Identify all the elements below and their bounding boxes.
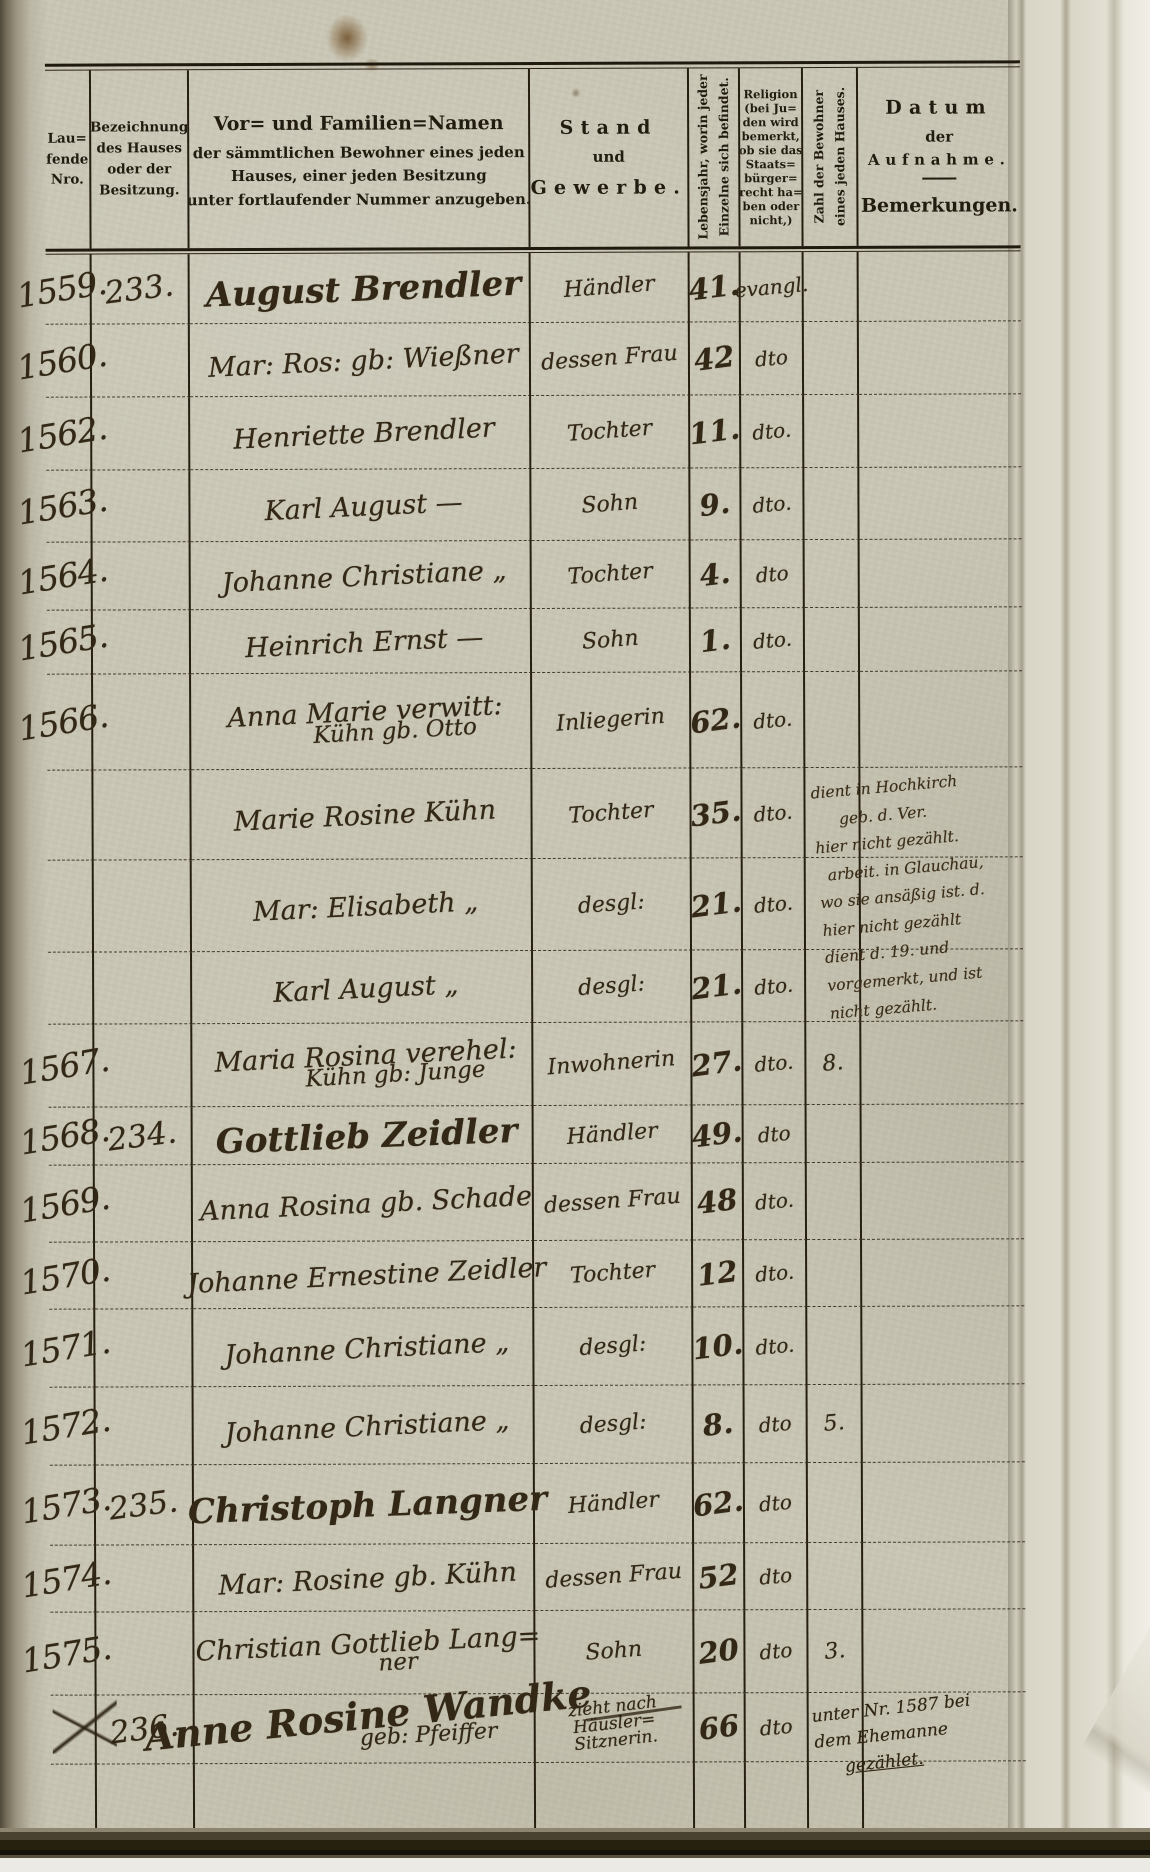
occupation: Sohn <box>581 491 639 517</box>
age-value: 21. <box>689 966 743 1006</box>
header-line: nicht,) <box>750 213 793 227</box>
religion-value: dto <box>754 345 789 372</box>
religion-value: dto <box>758 1410 793 1437</box>
resident-name: Henriette Brendler <box>232 416 495 454</box>
cell-laufende-nro: 1572. <box>50 1388 96 1466</box>
age-value: 62. <box>689 700 743 740</box>
occupation: desgl: <box>577 973 645 1000</box>
inhabitant-count: 5. <box>823 1410 846 1437</box>
age-value: 42 <box>692 339 736 378</box>
table-row: 1565. Heinrich Ernst — Sohn 1. dto. <box>47 607 1022 674</box>
occupation: desgl: <box>579 1411 647 1438</box>
table-row: 1568. 234. Gottlieb Zeidler Händler 49. … <box>49 1104 1024 1165</box>
religion-value: dto. <box>753 890 794 917</box>
resident-name-line2: Kühn gb. Otto <box>312 717 477 747</box>
cell-bemerkung <box>860 607 1022 672</box>
ink-stain <box>326 14 368 62</box>
religion-value: evangl. <box>734 271 809 302</box>
cell-haus-nr <box>96 1612 194 1695</box>
cell-zahl <box>804 252 859 322</box>
cell-bemerkung <box>863 1462 1025 1543</box>
table-row: 1564. Johanne Christiane „ Tochter 4. dt… <box>47 539 1022 610</box>
table-row: 1566. Anna Marie verwitt:Kühn gb. Otto I… <box>47 671 1022 770</box>
resident-name: Mar: Elisabeth „ <box>252 889 478 925</box>
cell-lebensjahr: 66 <box>695 1693 746 1762</box>
cell-zahl <box>805 672 860 768</box>
cell-lebensjahr: 21. <box>692 858 743 950</box>
religion-value: dto. <box>752 706 793 733</box>
cell-name: Johanne Christiane „ <box>194 1386 535 1465</box>
header-line: ben oder <box>742 199 799 213</box>
cell-haus-nr <box>95 1242 193 1309</box>
cell-name: Anne Rosine Wandkegeb: Pfeiffer <box>195 1694 536 1764</box>
cell-stand-gewerbe: Sohn <box>532 608 691 673</box>
cell-bemerkung <box>860 539 1022 608</box>
cell-name: Mar: Rosine gb. Kühn <box>194 1544 535 1612</box>
header-line: oder der <box>107 159 171 180</box>
cell-religion: dto. <box>743 950 806 1022</box>
age-value: 52 <box>697 1557 741 1596</box>
cell-bemerkung <box>863 1609 1025 1693</box>
cell-laufende-nro: 1574. <box>50 1546 96 1613</box>
resident-name: Heinrich Ernst — <box>245 625 484 662</box>
cell-name: Anna Rosina gb. Schade <box>193 1164 534 1242</box>
cell-stand-gewerbe: Händler <box>535 1463 694 1544</box>
cell-name: Johanne Christiane „ <box>191 541 532 610</box>
cell-religion: dto <box>746 1693 809 1762</box>
age-value: 10. <box>691 1326 745 1366</box>
cell-stand-gewerbe: desgl: <box>534 1307 693 1386</box>
cell-stand-gewerbe: Tochter <box>532 768 691 859</box>
cell-name: Karl August „ <box>192 951 533 1024</box>
cell-laufende-nro: 1568. <box>49 1108 95 1166</box>
cell-laufende-nro: 1575. <box>50 1613 96 1696</box>
occupation: desgl: <box>577 891 645 918</box>
cell-stand-gewerbe: Sohn <box>531 468 690 541</box>
cell-bemerkung <box>862 1162 1024 1240</box>
cell-stand-gewerbe: Inwohnerin <box>533 1022 692 1106</box>
cell-religion: dto <box>745 1543 808 1610</box>
cell-name: Henriette Brendler <box>190 396 531 470</box>
cell-name: Marie Rosine Kühn <box>191 769 532 860</box>
occupation: Händler <box>563 273 656 302</box>
cell-stand-gewerbe: desgl: <box>533 950 692 1023</box>
cell-zahl <box>807 1105 862 1163</box>
cell-stand-gewerbe: dessen Frau <box>534 1163 693 1241</box>
resident-name: Gottlieb Zeidler <box>215 1115 518 1159</box>
cell-name: Johanne Ernestine Zeidler <box>193 1241 534 1309</box>
occupation: dessen Frau <box>545 1561 683 1593</box>
cell-stand-gewerbe: desgl: <box>535 1385 694 1464</box>
table-row: 1570. Johanne Ernestine Zeidler Tochter … <box>49 1239 1024 1309</box>
cell-lebensjahr: 8. <box>694 1385 745 1463</box>
resident-name: Johanne Ernestine Zeidler <box>187 1255 547 1298</box>
cell-stand-gewerbe <box>536 1762 695 1831</box>
header-line: der <box>925 125 953 148</box>
occupation: Sohn <box>581 627 639 653</box>
header-line: Gewerbe. <box>531 169 688 206</box>
table-row: 1562. Henriette Brendler Tochter 11. dto… <box>46 394 1021 470</box>
cell-haus-nr <box>96 1545 194 1612</box>
header-col-haus-bezeichnung: Bezeichnung des Hauses oder der Besitzun… <box>91 70 190 248</box>
cell-lebensjahr: 48 <box>693 1163 744 1240</box>
occupation: Inliegerin <box>556 705 666 735</box>
header-col-laufende-nro: Lau= fende Nro. <box>45 71 92 249</box>
age-value: 27. <box>690 1043 744 1083</box>
header-line: Religion <box>743 87 797 101</box>
cell-haus-nr <box>93 674 191 770</box>
religion-value: dto. <box>754 1259 795 1286</box>
cell-name: Mar: Ros: gb: Wießner <box>190 323 531 397</box>
cell-religion: dto <box>745 1385 808 1463</box>
religion-value: dto. <box>754 1187 795 1214</box>
cell-stand-gewerbe: Händler <box>534 1105 693 1164</box>
occupation: dessen Frau <box>543 1186 681 1218</box>
occupation: Händler <box>567 1489 660 1518</box>
cell-laufende-nro: 1570. <box>49 1243 95 1310</box>
age-value: 20 <box>697 1632 741 1671</box>
cell-zahl <box>808 1463 863 1543</box>
header-line: fende <box>46 149 88 170</box>
resident-name: Johanne Christiane „ <box>224 1408 510 1447</box>
header-line: Vor= und Familien=Namen <box>214 105 504 142</box>
header-col-stand-gewerbe: Stand und Gewerbe. <box>530 68 690 247</box>
header-line: Aufnahme. <box>868 148 1011 172</box>
cell-name <box>195 1763 536 1832</box>
cell-bemerkung <box>859 467 1021 540</box>
cell-religion: dto. <box>742 768 805 858</box>
resident-name: Johanne Christiane „ <box>224 1330 510 1369</box>
cell-stand-gewerbe: Tochter <box>532 540 691 609</box>
occupation: dessen Frau <box>540 343 678 375</box>
header-line: Lebensjahr, worin jeder <box>694 75 713 240</box>
table-row: 1560. Mar: Ros: gb: Wießner dessen Frau … <box>46 321 1021 397</box>
cell-lebensjahr: 27. <box>692 1022 743 1105</box>
cell-name: August Brendler <box>190 253 531 324</box>
cell-laufende-nro: 1569. <box>49 1166 95 1243</box>
religion-value: dto. <box>753 799 794 826</box>
table-row: 1559. 233. August Brendler Händler 41. e… <box>46 251 1021 324</box>
cell-lebensjahr: 62. <box>694 1463 745 1543</box>
cell-stand-gewerbe: desgl: <box>533 858 692 951</box>
occupation: Inwohnerin <box>547 1048 676 1079</box>
occupation: Tochter <box>566 418 652 446</box>
cell-lebensjahr: 52 <box>694 1543 745 1610</box>
cell-laufende-nro <box>51 1765 97 1833</box>
cell-lebensjahr: 20 <box>694 1610 745 1693</box>
scanned-register-page: Lau= fende Nro. Bezeichnung des Hauses o… <box>0 0 1150 1872</box>
table-row: 1567. Maria Rosina verehel:Kühn gb: Jung… <box>48 1021 1023 1107</box>
cell-laufende-nro: 1566. <box>47 675 93 771</box>
header-line: Hauses, einer jeden Besitzung <box>231 165 487 189</box>
resident-name: Mar: Ros: gb: Wießner <box>208 341 520 381</box>
religion-value: dto. <box>754 1332 795 1359</box>
header-line: Datum <box>885 89 993 125</box>
cell-lebensjahr <box>695 1762 746 1830</box>
table-row: 1572. Johanne Christiane „ desgl: 8. dto… <box>50 1384 1025 1465</box>
cell-laufende-nro: 1571. <box>49 1310 95 1388</box>
header-col-namen: Vor= und Familien=Namen der sämmtlichen … <box>189 69 531 248</box>
cell-laufende-nro <box>51 1696 97 1765</box>
age-value: 35. <box>689 793 743 833</box>
cell-name: Heinrich Ernst — <box>191 609 532 674</box>
cell-religion: dto. <box>744 1240 807 1307</box>
header-line: Stand <box>560 110 658 146</box>
cell-laufende-nro: 1564. <box>47 543 93 611</box>
inhabitant-count: 3. <box>823 1638 846 1665</box>
religion-value: dto. <box>753 1049 794 1076</box>
cell-name: Anna Marie verwitt:Kühn gb. Otto <box>191 673 532 770</box>
cell-zahl <box>805 540 860 608</box>
cell-name: Johanne Christiane „ <box>193 1308 534 1387</box>
header-line: Nro. <box>51 170 84 191</box>
religion-value: dto. <box>752 626 793 653</box>
header-line: recht ha= <box>740 185 803 199</box>
cell-name: Mar: Elisabeth „ <box>192 859 533 952</box>
cell-name: Karl August — <box>190 469 531 542</box>
cell-stand-gewerbe: Inliegerin <box>532 672 691 769</box>
resident-name: Karl August — <box>264 490 463 525</box>
cell-laufende-nro: 1559. <box>46 255 92 325</box>
cell-lebensjahr: 41. <box>690 252 741 322</box>
occupation: Sohn <box>585 1639 643 1665</box>
header-col-zahl-bewohner: Zahl der Bewohner eines jeden Hauses. <box>803 68 859 246</box>
occupation: Tochter <box>568 799 654 827</box>
cell-name: Maria Rosina verehel:Kühn gb: Junge <box>192 1023 533 1107</box>
cell-lebensjahr: 11. <box>690 395 741 468</box>
cell-laufende-nro: 1560. <box>46 325 92 398</box>
cell-religion: dto <box>742 540 805 608</box>
cell-zahl <box>807 1240 862 1307</box>
cell-religion: dto <box>741 322 804 395</box>
cell-haus-nr <box>94 1024 192 1107</box>
religion-value: dto <box>758 1563 793 1590</box>
cell-lebensjahr: 9. <box>690 468 741 540</box>
table-row: 1574. Mar: Rosine gb. Kühn dessen Frau 5… <box>50 1542 1025 1612</box>
cell-religion <box>746 1762 809 1830</box>
table-header: Lau= fende Nro. Bezeichnung des Hauses o… <box>45 67 1021 248</box>
cell-laufende-nro <box>48 861 94 953</box>
cell-laufende-nro: 1563. <box>46 471 92 543</box>
cell-zahl <box>805 608 860 672</box>
occupation: Tochter <box>569 1260 655 1288</box>
cell-laufende-nro: 1567. <box>48 1025 94 1108</box>
cell-haus-nr <box>94 860 192 952</box>
cell-zahl: 5. <box>808 1385 863 1463</box>
cell-zahl <box>804 395 859 468</box>
religion-value: dto <box>755 560 790 587</box>
age-value: 9. <box>698 485 732 523</box>
cell-religion: dto <box>744 1105 807 1163</box>
cell-haus-nr <box>94 952 192 1024</box>
resident-name: August Brendler <box>205 268 522 312</box>
cell-bemerkung <box>862 1239 1024 1307</box>
resident-name: Christoph Langner <box>187 1483 547 1529</box>
header-line: Staats= <box>746 157 796 171</box>
cell-lebensjahr: 62. <box>691 672 742 768</box>
cell-zahl <box>804 468 859 540</box>
cell-haus-nr: 233. <box>92 254 190 324</box>
cell-bemerkung <box>862 1104 1024 1163</box>
religion-value: dto <box>758 1489 793 1516</box>
cell-name: Gottlieb Zeidler <box>193 1106 534 1165</box>
resident-name-line2: ner <box>378 1652 419 1675</box>
cell-lebensjahr: 4. <box>691 540 742 608</box>
cell-zahl <box>807 1163 862 1240</box>
header-line: Bemerkungen. <box>861 188 1018 225</box>
header-line: Lau= <box>47 128 86 149</box>
cell-religion: dto. <box>741 468 804 540</box>
cell-haus-nr <box>95 1165 193 1242</box>
cell-bemerkung <box>860 671 1022 768</box>
cell-religion: dto. <box>744 1307 807 1385</box>
cell-zahl: 3. <box>808 1610 863 1693</box>
cell-bemerkung <box>861 1021 1023 1105</box>
cell-bemerkung <box>863 1384 1025 1463</box>
header-line: Bezeichnung <box>91 117 188 138</box>
cell-bemerkung <box>859 394 1021 468</box>
header-line: den wird <box>743 115 799 129</box>
header-line: (bei Ju= <box>744 101 797 115</box>
cell-religion: dto. <box>744 1163 807 1240</box>
age-value: 21. <box>689 884 743 924</box>
cell-lebensjahr: 1. <box>691 608 742 672</box>
resident-name: Karl August „ <box>273 972 459 1006</box>
page-edge-bottom <box>0 1828 1150 1872</box>
header-divider-dash <box>922 178 956 180</box>
cell-religion: dto. <box>741 395 804 468</box>
occupation: desgl: <box>579 1333 647 1360</box>
cell-religion: evangl. <box>741 252 804 322</box>
cell-zahl: 8. <box>806 1022 861 1105</box>
cell-religion: dto. <box>743 1022 806 1105</box>
header-line: (unter fortlaufender Nummer anzugeben.) <box>189 188 531 213</box>
house-number: 234. <box>106 1114 179 1158</box>
header-col-datum-bemerkungen: Datum der Aufnahme. Bemerkungen. <box>858 67 1021 246</box>
header-line: eines jeden Hauses. <box>831 87 850 226</box>
religion-value: dto <box>757 1120 792 1147</box>
age-value: 66 <box>697 1708 741 1747</box>
age-value: 48 <box>695 1182 739 1221</box>
header-line: der sämmtlichen Bewohner eines jeden <box>193 141 525 165</box>
cell-laufende-nro <box>48 953 94 1025</box>
resident-name: Marie Rosine Kühn <box>233 797 497 835</box>
marginal-note: dient in Hochkirch geb. d. Ver. hier nic… <box>810 764 1021 1028</box>
religion-value: dto <box>759 1714 794 1741</box>
religion-value: dto. <box>753 972 794 999</box>
cell-laufende-nro: 1573. <box>50 1466 96 1546</box>
table-row: 1573. 235. Christoph Langner Händler 62.… <box>50 1462 1025 1545</box>
header-line: bürger= <box>744 171 798 185</box>
age-value: 4. <box>698 555 732 593</box>
age-value: 12 <box>695 1254 739 1293</box>
header-line: Einzelne sich befindet. <box>714 78 733 237</box>
resident-name-line2: Kühn gb: Junge <box>305 1060 486 1091</box>
cell-stand-gewerbe: dessen Frau <box>535 1543 694 1611</box>
cell-bemerkung <box>859 251 1021 322</box>
cell-lebensjahr: 12 <box>693 1240 744 1307</box>
cell-religion: dto <box>745 1610 808 1693</box>
cell-haus-nr <box>93 542 191 610</box>
cell-haus-nr <box>92 324 190 397</box>
cell-haus-nr <box>96 1387 194 1465</box>
header-line: Zahl der Bewohner <box>810 90 829 223</box>
resident-name: Johanne Christiane „ <box>221 558 507 597</box>
cell-haus-nr <box>95 1309 193 1387</box>
age-value: 62. <box>691 1483 745 1523</box>
cell-name: Christoph Langner <box>194 1464 535 1545</box>
cell-haus-nr: 234. <box>95 1107 193 1165</box>
cell-lebensjahr: 49. <box>693 1105 744 1163</box>
age-value: 41. <box>687 267 741 307</box>
occupation: Tochter <box>567 560 653 588</box>
age-value: 8. <box>701 1405 735 1443</box>
header-col-lebensjahr: Lebensjahr, worin jeder Einzelne sich be… <box>689 68 741 246</box>
occupation: Händler <box>566 1120 659 1149</box>
house-number: 235. <box>107 1483 180 1527</box>
cell-zahl <box>804 322 859 395</box>
cell-bemerkung <box>862 1306 1024 1385</box>
cell-stand-gewerbe: Tochter <box>531 395 690 469</box>
cell-lebensjahr: 21. <box>692 950 743 1022</box>
cell-laufende-nro: 1562. <box>46 398 92 471</box>
table-body: 1559. 233. August Brendler Händler 41. e… <box>46 251 1027 1832</box>
religion-value: dto. <box>751 490 792 517</box>
age-value: 49. <box>690 1114 744 1154</box>
cell-haus-nr: 235. <box>96 1465 194 1545</box>
header-line: bemerkt, <box>742 129 800 143</box>
cell-lebensjahr: 35. <box>691 768 742 858</box>
vertical-text-wrap: Zahl der Bewohner eines jeden Hauses. <box>810 73 850 241</box>
cell-zahl <box>808 1543 863 1610</box>
resident-name: Christian Gottlieb Lang= <box>195 1623 541 1665</box>
cell-religion: dto. <box>742 608 805 672</box>
cell-laufende-nro <box>47 771 93 861</box>
cell-haus-nr <box>97 1764 195 1832</box>
age-value: 11. <box>688 411 742 451</box>
cell-stand-gewerbe: Händler <box>531 252 690 323</box>
cell-religion: dto <box>745 1463 808 1543</box>
cell-laufende-nro: 1565. <box>47 611 93 675</box>
inhabitant-count: 8. <box>821 1050 844 1077</box>
cell-lebensjahr: 42 <box>690 322 741 395</box>
table-row: 1571. Johanne Christiane „ desgl: 10. dt… <box>49 1306 1024 1387</box>
cell-religion: dto. <box>742 672 805 768</box>
vertical-text-wrap: Lebensjahr, worin jeder Einzelne sich be… <box>694 73 734 241</box>
religion-value: dto. <box>751 417 792 444</box>
resident-name: Anna Rosina gb. Schade <box>200 1184 533 1225</box>
header-line: und <box>593 146 625 169</box>
cell-stand-gewerbe: Tochter <box>534 1240 693 1308</box>
cell-haus-nr <box>93 610 191 674</box>
page-edge-right <box>1008 0 1150 1852</box>
resident-name: Mar: Rosine gb. Kühn <box>218 1560 518 1600</box>
cell-haus-nr <box>93 770 191 860</box>
header-line: Besitzung. <box>99 180 179 201</box>
table-row: 1563. Karl August — Sohn 9. dto. <box>46 467 1021 542</box>
cell-religion: dto. <box>743 858 806 950</box>
table-row: 1569. Anna Rosina gb. Schade dessen Frau… <box>49 1162 1024 1242</box>
cell-haus-nr <box>92 397 190 470</box>
cell-lebensjahr: 10. <box>693 1307 744 1385</box>
age-value: 1. <box>698 621 732 659</box>
house-number: 233. <box>103 267 176 311</box>
cell-bemerkung <box>863 1542 1025 1610</box>
cell-haus-nr <box>92 470 190 542</box>
religion-value: dto <box>758 1638 793 1665</box>
header-line: ob sie das <box>740 143 803 157</box>
header-line: des Hauses <box>96 138 182 159</box>
